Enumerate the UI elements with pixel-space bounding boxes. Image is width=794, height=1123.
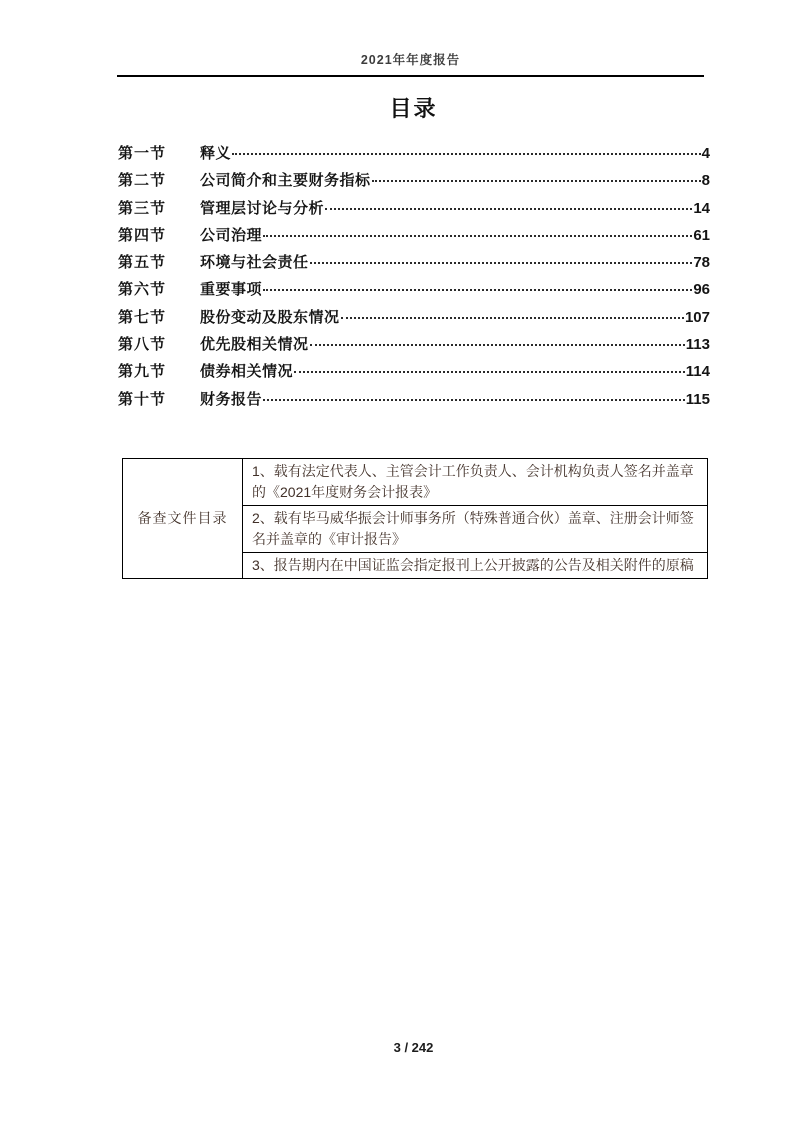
toc-section-label: 第三节 [118, 197, 200, 218]
dot-leader [372, 180, 701, 182]
toc-entry-title: 债券相关情况 [200, 360, 293, 381]
toc-section-label: 第二节 [118, 169, 200, 190]
toc-page-number: 107 [685, 309, 710, 326]
reference-item: 1、载有法定代表人、主管会计工作负责人、会计机构负责人签名并盖章的《2021年度… [243, 459, 708, 506]
toc-entry[interactable]: 第八节 优先股相关情况 113 [118, 333, 710, 360]
dot-leader [263, 289, 692, 291]
toc-entry[interactable]: 第三节 管理层讨论与分析 14 [118, 197, 710, 224]
toc-entry[interactable]: 第十节 财务报告 115 [118, 388, 710, 415]
dot-leader [310, 344, 685, 346]
toc-section-label: 第四节 [118, 224, 200, 245]
table-of-contents: 第一节 释义 4 第二节 公司简介和主要财务指标 8 第三节 管理层讨论与分析 … [118, 142, 710, 415]
report-header-title: 2021年年度报告 [117, 50, 704, 77]
toc-section-label: 第六节 [118, 278, 200, 299]
toc-section-label: 第一节 [118, 142, 200, 163]
toc-entry-title: 股份变动及股东情况 [200, 306, 340, 327]
toc-entry[interactable]: 第七节 股份变动及股东情况 107 [118, 306, 710, 333]
toc-page-number: 8 [702, 172, 710, 189]
toc-page-number: 113 [686, 336, 710, 353]
toc-entry[interactable]: 第五节 环境与社会责任 78 [118, 251, 710, 278]
toc-section-label: 第八节 [118, 333, 200, 354]
reference-table-label: 备查文件目录 [123, 459, 243, 579]
dot-leader [341, 317, 684, 319]
dot-leader [263, 399, 685, 401]
toc-page-number: 115 [686, 391, 710, 408]
dot-leader [325, 208, 692, 210]
toc-entry-title: 财务报告 [200, 388, 262, 409]
toc-entry[interactable]: 第四节 公司治理 61 [118, 224, 710, 251]
dot-leader [294, 371, 685, 373]
dot-leader [263, 235, 692, 237]
toc-entry[interactable]: 第六节 重要事项 96 [118, 278, 710, 305]
toc-entry-title: 重要事项 [200, 278, 262, 299]
toc-page-number: 78 [693, 254, 710, 271]
page-number-indicator: 3 / 242 [117, 1040, 710, 1055]
reference-item: 2、载有毕马威华振会计师事务所（特殊普通合伙）盖章、注册会计师签名并盖章的《审计… [243, 506, 708, 553]
toc-entry-title: 释义 [200, 142, 231, 163]
toc-section-label: 第十节 [118, 388, 200, 409]
dot-leader [232, 153, 701, 155]
reference-documents-table: 备查文件目录 1、载有法定代表人、主管会计工作负责人、会计机构负责人签名并盖章的… [122, 458, 708, 579]
toc-page-number: 114 [686, 363, 710, 380]
toc-page-number: 4 [702, 145, 710, 162]
toc-entry-title: 管理层讨论与分析 [200, 197, 324, 218]
page-title: 目录 [117, 92, 710, 123]
toc-entry[interactable]: 第九节 债券相关情况 114 [118, 360, 710, 387]
reference-item: 3、报告期内在中国证监会指定报刊上公开披露的公告及相关附件的原稿 [243, 553, 708, 579]
toc-entry[interactable]: 第一节 释义 4 [118, 142, 710, 169]
toc-page-number: 61 [693, 227, 710, 244]
toc-entry-title: 公司简介和主要财务指标 [200, 169, 371, 190]
toc-section-label: 第九节 [118, 360, 200, 381]
toc-entry-title: 优先股相关情况 [200, 333, 309, 354]
toc-page-number: 96 [693, 281, 710, 298]
table-row: 备查文件目录 1、载有法定代表人、主管会计工作负责人、会计机构负责人签名并盖章的… [123, 459, 708, 506]
toc-section-label: 第五节 [118, 251, 200, 272]
toc-entry-title: 环境与社会责任 [200, 251, 309, 272]
toc-section-label: 第七节 [118, 306, 200, 327]
dot-leader [310, 262, 693, 264]
toc-entry[interactable]: 第二节 公司简介和主要财务指标 8 [118, 169, 710, 196]
toc-page-number: 14 [693, 200, 710, 217]
document-page: { "header": { "title": "2021年年度报告" }, "p… [0, 0, 794, 1123]
toc-entry-title: 公司治理 [200, 224, 262, 245]
